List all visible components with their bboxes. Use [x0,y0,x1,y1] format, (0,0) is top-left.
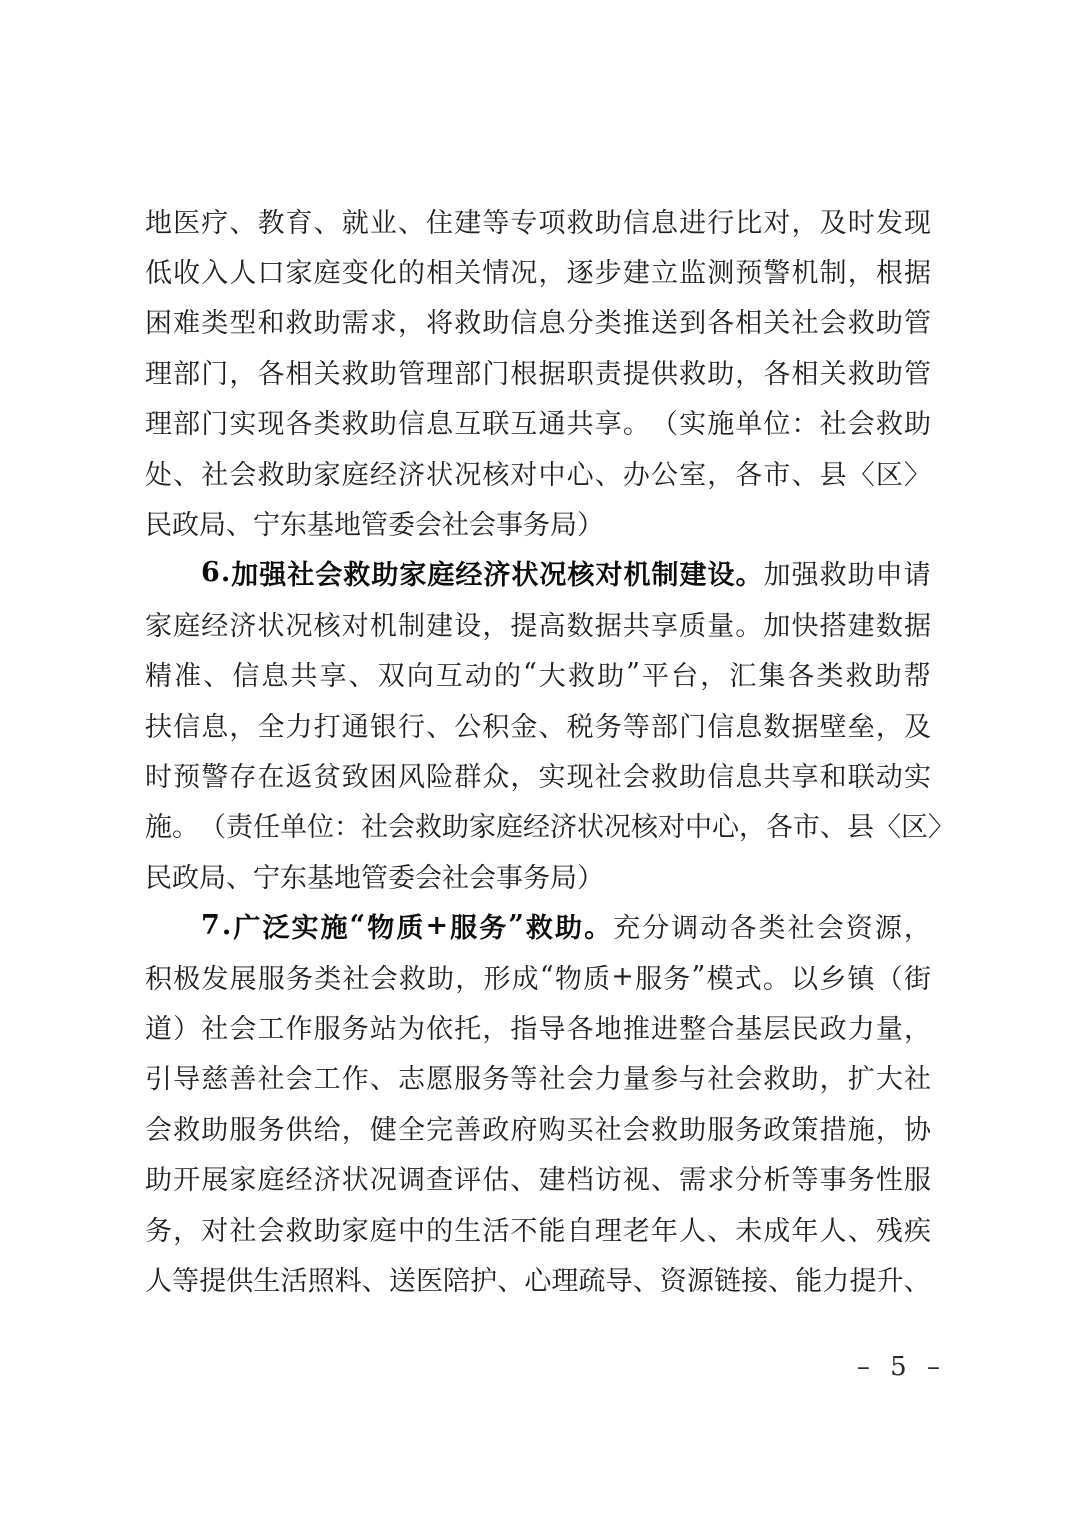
text-line: 精准、信息共享、双向互动的“大救助”平台，汇集各类救助帮 [145,649,931,699]
text-line: 地医疗、教育、就业、住建等专项救助信息进行比对，及时发现 [145,195,931,245]
text-line: 理部门实现各类救助信息互联互通共享。（实施单位：社会救助 [145,397,931,447]
text-line: 7.广泛实施“物质+服务”救助。充分调动各类社会资源， [145,900,931,950]
text-line: 助开展家庭经济状况调查评估、建档访视、需求分析等事务性服 [145,1152,931,1202]
document-body: 地医疗、教育、就业、住建等专项救助信息进行比对，及时发现低收入人口家庭变化的相关… [145,195,931,1304]
text-line: 民政局、宁东基地管委会社会事务局） [145,497,931,547]
text-line: 处、社会救助家庭经济状况核对中心、办公室，各市、县〈区〉 [145,447,931,497]
text-line: 扶信息，全力打通银行、公积金、税务等部门信息数据壁垒，及 [145,699,931,749]
page-number: – 5 – [857,1352,946,1382]
text-line: 困难类型和救助需求，将救助信息分类推送到各相关社会救助管 [145,296,931,346]
text-line: 低收入人口家庭变化的相关情况，逐步建立监测预警机制，根据 [145,245,931,295]
text-line: 理部门，各相关救助管理部门根据职责提供救助，各相关救助管 [145,346,931,396]
text-line: 6.加强社会救助家庭经济状况核对机制建设。加强救助申请 [145,548,931,598]
text-line: 引导慈善社会工作、志愿服务等社会力量参与社会救助，扩大社 [145,1052,931,1102]
text-line: 人等提供生活照料、送医陪护、心理疏导、资源链接、能力提升、 [145,1253,931,1303]
text-line: 施。（责任单位：社会救助家庭经济状况核对中心，各市、县〈区〉 [145,800,931,850]
document-page: 地医疗、教育、就业、住建等专项救助信息进行比对，及时发现低收入人口家庭变化的相关… [0,0,1074,1520]
text-line: 时预警存在返贫致困风险群众，实现社会救助信息共享和联动实 [145,749,931,799]
text-line: 道）社会工作服务站为依托，指导各地推进整合基层民政力量， [145,1001,931,1051]
text-line: 积极发展服务类社会救助，形成“物质+服务”模式。以乡镇（街 [145,951,931,1001]
text-line: 会救助服务供给，健全完善政府购买社会救助服务政策措施，协 [145,1102,931,1152]
text-line: 家庭经济状况核对机制建设，提高数据共享质量。加快搭建数据 [145,598,931,648]
text-line: 民政局、宁东基地管委会社会事务局） [145,850,931,900]
text-line: 务，对社会救助家庭中的生活不能自理老年人、未成年人、残疾 [145,1203,931,1253]
